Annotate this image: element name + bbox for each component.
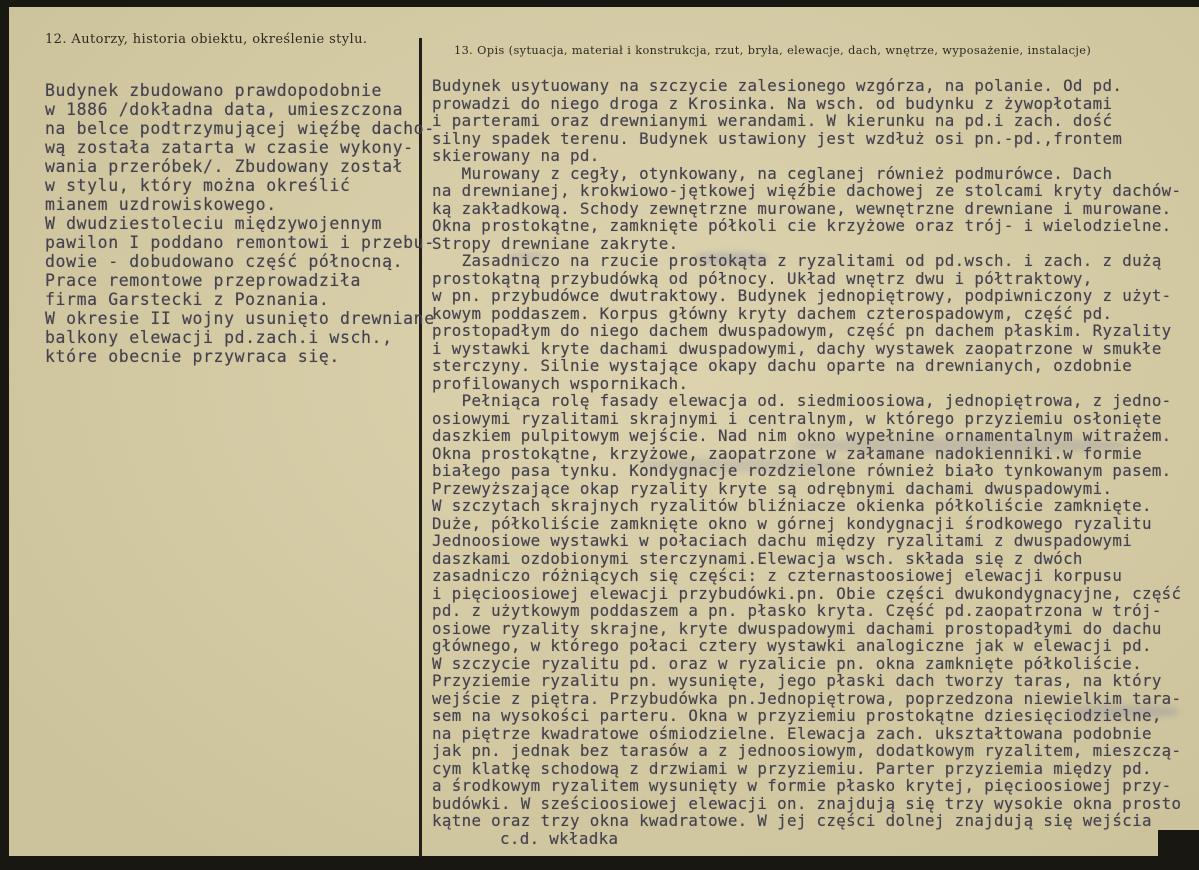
typed-line: daszkami ozdobionymi sterczynami.Elewacj… [432, 550, 1194, 568]
typed-line: cym klatkę schodową z drzwiami w przyzie… [432, 760, 1194, 778]
typed-line: profilowanych wspornikach. [432, 375, 1194, 393]
typed-line: prowadzi do niego droga z Krosinka. Na w… [432, 95, 1194, 113]
typed-line: silny spadek terenu. Budynek ustawiony j… [432, 130, 1194, 148]
typed-line: Prace remontowe przeprowadziła [45, 271, 415, 290]
typed-line: budówki. W sześcioosiowej elewacji on. z… [432, 795, 1194, 813]
typed-line: firma Garstecki z Poznania. [45, 290, 415, 309]
typed-line: które obecnie przywraca się. [45, 347, 415, 366]
continuation-note: c.d. wkładka [432, 830, 1194, 848]
section-13-typed-text: Budynek usytuowany na szczycie zalesione… [432, 77, 1194, 830]
typed-line: daszkiem pulpitowym wejście. Nad nim okn… [432, 427, 1194, 445]
typed-line: kątne oraz trzy okna kwadratowe. W jej c… [432, 812, 1194, 830]
typed-line: sterczyny. Silnie wystające okapy dachu … [432, 357, 1194, 375]
typed-line: pd. z użytkowym poddaszem a pn. płasko k… [432, 602, 1194, 620]
typed-line: Okna prostokątne, krzyżowe, zaopatrzone … [432, 445, 1194, 463]
typed-line: mianem uzdrowiskowego. [45, 195, 415, 214]
typed-line: Murowany z cegły, otynkowany, na ceglane… [432, 165, 1194, 183]
typed-line: dowie - dobudowano część północną. [45, 252, 415, 271]
typed-line: sem na wysokości parteru. Okna w przyzie… [432, 707, 1194, 725]
typed-line: Jednoosiowe wystawki w połaciach dachu m… [432, 532, 1194, 550]
scan-border-top [0, 0, 1199, 7]
section-13-header: 13. Opis (sytuacja, materiał i konstrukc… [454, 44, 1194, 57]
typed-line: osiowymi ryzalitami skrajnymi i centraln… [432, 410, 1194, 428]
typed-line: balkony elewacji pd.zach.i wsch., [45, 328, 415, 347]
typed-line: Stropy drewniane zakryte. [432, 235, 1194, 253]
typed-line: wejście z piętra. Przybudówka pn.Jednopi… [432, 690, 1194, 708]
typed-line: Przewyższające okap ryzality kryte są od… [432, 480, 1194, 498]
scanned-document-page: 12. Autorzy, historia obiektu, określeni… [0, 0, 1199, 870]
typed-line: osiowe ryzality skrajne, kryte dwuspadow… [432, 620, 1194, 638]
scan-border-left [0, 0, 9, 870]
typed-line: i wystawki kryte dachami dwuspadowymi, d… [432, 340, 1194, 358]
typed-line: białego pasa tynku. Kondygnacje rozdziel… [432, 462, 1194, 480]
typed-line: na belce podtrzymującej więźbę dacho- [45, 119, 415, 138]
typed-line: Duże, półkoliście zamknięte okno w górne… [432, 515, 1194, 533]
typed-line: skierowany na pd. [432, 147, 1194, 165]
section-12-header: 12. Autorzy, historia obiektu, określeni… [45, 32, 415, 47]
typed-line: głównego, w którego połaci cztery wystaw… [432, 637, 1194, 655]
column-divider-rule [419, 38, 422, 857]
scan-border-bottom [0, 856, 1199, 870]
typed-line: Budynek usytuowany na szczycie zalesione… [432, 77, 1194, 95]
typed-line: a środkowym ryzalitem wysunięty w formie… [432, 777, 1194, 795]
typed-line: jak pn. jednak bez tarasów a z jednoosio… [432, 742, 1194, 760]
typed-line: i parterami oraz drewnianymi werandami. … [432, 112, 1194, 130]
typed-line: zasadniczo różniących się części: z czte… [432, 567, 1194, 585]
typed-line: Okna prostokątne, zamknięte półkoli cie … [432, 217, 1194, 235]
typed-line: na drewnianej, krokwiowo-jętkowej więźbi… [432, 182, 1194, 200]
typed-line: W szczycie ryzalitu pd. oraz w ryzalicie… [432, 655, 1194, 673]
typed-line: wą została zatarta w czasie wykony- [45, 138, 415, 157]
section-12: 12. Autorzy, historia obiektu, określeni… [45, 32, 415, 366]
typed-line: w stylu, który można określić [45, 176, 415, 195]
typed-line: kowym poddaszem. Korpus główny kryty dac… [432, 305, 1194, 323]
typed-line: prostopadłym do niego dachem dwuspadowym… [432, 322, 1194, 340]
typed-line: w 1886 /dokładna data, umieszczona [45, 100, 415, 119]
typed-line: W dwudziestoleciu międzywojennym [45, 214, 415, 233]
typed-line: w pn. przybudówce dwutraktowy. Budynek j… [432, 287, 1194, 305]
typed-line: na piętrze kwadratowe ośmiodzielne. Elew… [432, 725, 1194, 743]
typed-line: pawilon I poddano remontowi i przebu- [45, 233, 415, 252]
typed-line: Zasadniczo na rzucie prostokąta z ryzali… [432, 252, 1194, 270]
typed-line: W okresie II wojny usunięto drewniane [45, 309, 415, 328]
section-13: 13. Opis (sytuacja, materiał i konstrukc… [432, 44, 1194, 847]
typed-line: i pięcioosiowej elewacji przybudówki.pn.… [432, 585, 1194, 603]
typed-line: Przyziemie ryzalitu pn. wysunięte, jego … [432, 672, 1194, 690]
typed-line: prostokątną przybudówką od północy. Ukła… [432, 270, 1194, 288]
typed-line: Budynek zbudowano prawdopodobnie [45, 81, 415, 100]
typed-line: Pełniąca rolę fasady elewacja od. siedmi… [432, 392, 1194, 410]
typed-line: W szczytach skrajnych ryzalitów bliźniac… [432, 497, 1194, 515]
typed-line: ką zakładkową. Schody zewnętrzne murowan… [432, 200, 1194, 218]
section-12-typed-text: Budynek zbudowano prawdopodobniew 1886 /… [45, 81, 415, 366]
typed-line: wania przeróbek/. Zbudowany został [45, 157, 415, 176]
